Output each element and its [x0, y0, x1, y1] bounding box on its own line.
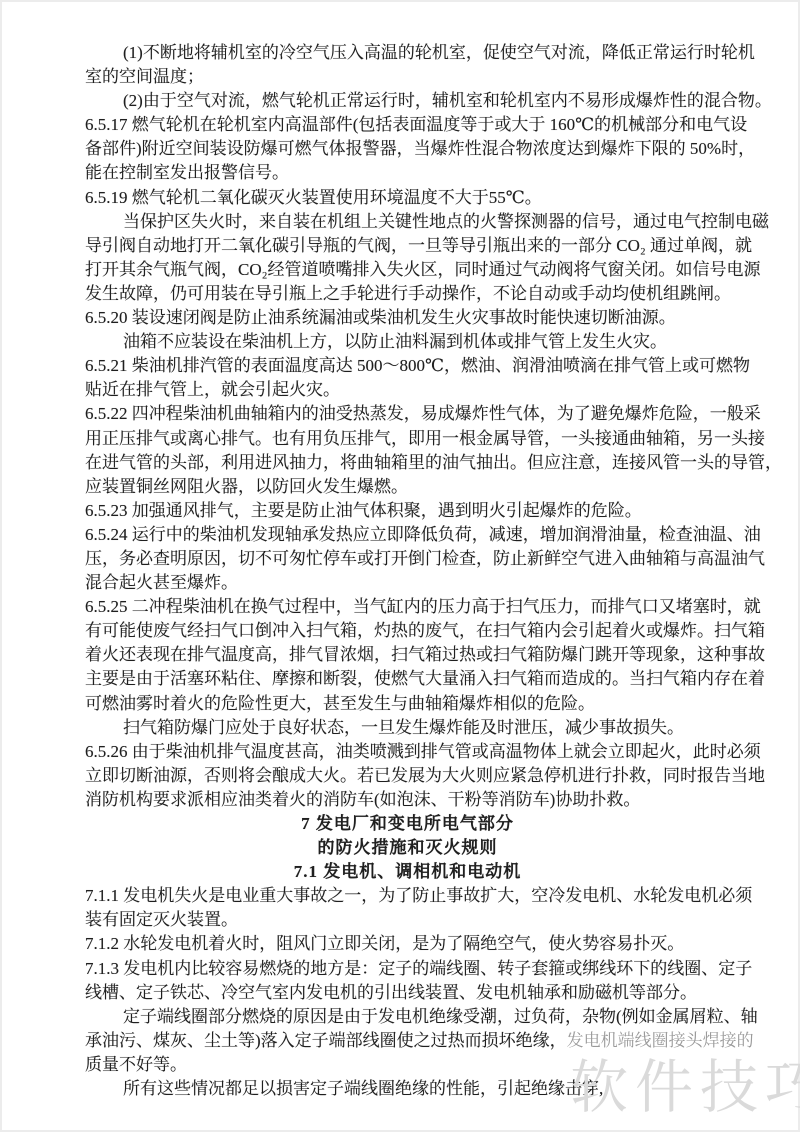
- text-line-main: 混合起火甚至爆炸。: [85, 573, 238, 592]
- text-line: 6.5.20 装设速闭阀是防止油系统漏油或柴油机发生火灾事故时能快速切断油源。: [85, 306, 730, 330]
- text-line-main: 6.5.24 运行中的柴油机发现轴承发热应立即降低负荷，减速，增加润滑油量，检查…: [85, 525, 761, 544]
- text-line: 6.5.24 运行中的柴油机发现轴承发热应立即降低负荷，减速，增加润滑油量，检查…: [85, 523, 730, 547]
- text-line-main: 当保护区失火时，来自装在机组上关键性地点的火警探测器的信号，通过电气控制电磁: [123, 212, 769, 231]
- text-line: 消防机构要求派相应油类着火的消防车(如泡沫、干粉等消防车)协助扑救。: [85, 788, 730, 812]
- text-line: 着火还表现在排气温度高，排气冒浓烟，扫气箱过热或扫气箱防爆门跳开等现象，这种事故: [85, 643, 730, 667]
- text-line: (1)不断地将辅机室的冷空气压入高温的轮机室，促使空气对流，降低正常运行时轮机: [85, 41, 730, 65]
- text-line-main: 6.5.20 装设速闭阀是防止油系统漏油或柴油机发生火灾事故时能快速切断油源。: [85, 308, 676, 327]
- text-line-main: 可燃油雾时着火的危险性更大，甚至发生与曲轴箱爆炸相似的危险。: [85, 694, 595, 713]
- text-line-main: 备部件)附近空间装设防爆可燃气体报警器，当爆炸性混合物浓度达到爆炸下限的 50%…: [85, 139, 755, 158]
- text-line-main: 有可能使废气经扫气口倒冲入扫气箱，灼热的废气，在扫气箱内会引起着火或爆炸。扫气箱: [85, 621, 765, 640]
- text-line-main: 能在控制室发出报警信号。: [85, 163, 289, 182]
- text-line: 6.5.25 二冲程柴油机在换气过程中，当气缸内的压力高于扫气压力，而排气口又堵…: [85, 595, 730, 619]
- text-line-main: 消防机构要求派相应油类着火的消防车(如泡沫、干粉等消防车)协助扑救。: [85, 790, 640, 809]
- text-line: 贴近在排气管上，就会引起火灾。: [85, 378, 730, 402]
- text-line: 油箱不应装设在柴油机上方，以防止油料漏到机体或排气管上发生火灾。: [85, 330, 730, 354]
- text-line: 当保护区失火时，来自装在机组上关键性地点的火警探测器的信号，通过电气控制电磁: [85, 210, 730, 234]
- text-line-main: 6.5.19 燃气轮机二氧化碳灭火装置使用环境温度不大于55℃。: [85, 188, 542, 207]
- text-line: 导引阀自动地打开二氧化碳引导瓶的气阀，一旦等导引瓶出来的一部分 CO₂ 通过单阀…: [85, 234, 730, 258]
- text-line-main: (1)不断地将辅机室的冷空气压入高温的轮机室，促使空气对流，降低正常运行时轮机: [123, 43, 755, 62]
- text-line: 7.1 发电机、调相机和电动机: [85, 860, 730, 884]
- text-line: (2)由于空气对流，燃气轮机正常运行时，辅机室和轮机室内不易形成爆炸性的混合物。: [85, 89, 730, 113]
- text-line: 7.1.1 发电机失火是电业重大事故之一，为了防止事故扩大，空冷发电机、水轮发电…: [85, 884, 730, 908]
- text-line-main: 6.5.22 四冲程柴油机曲轴箱内的油受热蒸发，易成爆炸性气体，为了避免爆炸危险…: [85, 404, 761, 423]
- text-line-main: 发生故障，仍可用装在导引瓶上之手轮进行手动操作，不论自动或手动均使机组跳闸。: [85, 284, 731, 303]
- text-line-main: 着火还表现在排气温度高，排气冒浓烟，扫气箱过热或扫气箱防爆门跳开等现象，这种事故: [85, 645, 765, 664]
- text-line-main: 线槽、定子铁芯、冷空气室内发电机的引出线装置、发电机轴承和励磁机等部分。: [85, 983, 697, 1002]
- text-line: 6.5.17 燃气轮机在轮机室内高温部件(包括表面温度等于或大于 160℃的机械…: [85, 113, 730, 137]
- text-line: 6.5.26 由于柴油机排气温度甚高，油类喷溅到排气管或高温物体上就会立即起火，…: [85, 740, 730, 764]
- text-line-main: 油箱不应装设在柴油机上方，以防止油料漏到机体或排气管上发生火灾。: [123, 332, 667, 351]
- text-line-main: 6.5.17 燃气轮机在轮机室内高温部件(包括表面温度等于或大于 160℃的机械…: [85, 115, 747, 134]
- text-line: 装有固定灭火装置。: [85, 908, 730, 932]
- text-line-main: 应装置铜丝网阻火器，以防回火发生爆燃。: [85, 477, 408, 496]
- text-line: 主要是由于活塞环粘住、摩擦和断裂，使燃气大量涌入扫气箱而造成的。当扫气箱内存在着: [85, 667, 730, 691]
- text-line-main: 的防火措施和灭火规则: [318, 838, 498, 857]
- text-line-main: 6.5.25 二冲程柴油机在换气过程中，当气缸内的压力高于扫气压力，而排气口又堵…: [85, 597, 761, 616]
- text-line: 6.5.19 燃气轮机二氧化碳灭火装置使用环境温度不大于55℃。: [85, 186, 730, 210]
- text-line: 定子端线圈部分燃烧的原因是由于发电机绝缘受潮，过负荷，杂物(例如金属屑粒、轴: [85, 1005, 730, 1029]
- text-line: 线槽、定子铁芯、冷空气室内发电机的引出线装置、发电机轴承和励磁机等部分。: [85, 981, 730, 1005]
- text-line: 7.1.3 发电机内比较容易燃烧的地方是：定子的端线圈、转子套箍或绑线环下的线圈…: [85, 957, 730, 981]
- text-line: 扫气箱防爆门应处于良好状态，一旦发生爆炸能及时泄压，减少事故损失。: [85, 716, 730, 740]
- text-line: 承油污、煤灰、尘土等)落入定子端部线圈使之过热而损坏绝缘，发电机端线圈接头焊接的: [85, 1029, 730, 1053]
- text-line: 发生故障，仍可用装在导引瓶上之手轮进行手动操作，不论自动或手动均使机组跳闸。: [85, 282, 730, 306]
- text-line-main: 贴近在排气管上，就会引起火灾。: [85, 380, 340, 399]
- text-line-main: 装有固定灭火装置。: [85, 910, 238, 929]
- text-line: 用正压排气或离心排气。也有用负压排气，即用一根金属导管，一头接通曲轴箱，另一头接: [85, 427, 730, 451]
- text-line: 6.5.21 柴油机排汽管的表面温度高达 500～800℃，燃油、润滑油喷滴在排…: [85, 354, 730, 378]
- text-line-main: 6.5.26 由于柴油机排气温度甚高，油类喷溅到排气管或高温物体上就会立即起火，…: [85, 742, 761, 761]
- text-line-main: 6.5.21 柴油机排汽管的表面温度高达 500～800℃，燃油、润滑油喷滴在排…: [85, 356, 750, 375]
- text-line: 质量不好等。: [85, 1053, 730, 1077]
- text-line: 压，务必查明原因，切不可匆忙停车或打开倒门检查，防止新鲜空气进入曲轴箱与高温油气: [85, 547, 730, 571]
- text-line-main: 7.1.1 发电机失火是电业重大事故之一，为了防止事故扩大，空冷发电机、水轮发电…: [85, 886, 752, 905]
- text-line: 可燃油雾时着火的危险性更大，甚至发生与曲轴箱爆炸相似的危险。: [85, 692, 730, 716]
- text-line: 能在控制室发出报警信号。: [85, 161, 730, 185]
- text-line-main: 承油污、煤灰、尘土等)落入定子端部线圈使之过热而损坏绝缘，: [85, 1031, 567, 1050]
- text-line-main: 室的空间温度；: [85, 67, 204, 86]
- text-line: 打开其余气瓶气阀，CO₂经管道喷嘴排入失火区，同时通过气动阀将气窗关闭。如信号电…: [85, 258, 730, 282]
- text-line: 立即切断油源，否则将会酿成大火。若已发展为大火则应紧急停机进行扑救，同时报告当地: [85, 764, 730, 788]
- text-line-main: 所有这些情况都足以损害定子端线圈绝缘的性能，引起绝缘击穿,: [123, 1079, 603, 1098]
- text-line: 应装置铜丝网阻火器，以防回火发生爆燃。: [85, 475, 730, 499]
- text-line: 混合起火甚至爆炸。: [85, 571, 730, 595]
- text-line-main: 立即切断油源，否则将会酿成大火。若已发展为大火则应紧急停机进行扑救，同时报告当地: [85, 766, 765, 785]
- text-line: 在进气管的头部，利用进风抽力，将曲轴箱里的油气抽出。但应注意，连接风管一头的导管…: [85, 451, 730, 475]
- text-line: 备部件)附近空间装设防爆可燃气体报警器，当爆炸性混合物浓度达到爆炸下限的 50%…: [85, 137, 730, 161]
- text-line: 的防火措施和灭火规则: [85, 836, 730, 860]
- text-line-main: 7.1 发电机、调相机和电动机: [294, 862, 522, 881]
- text-line-main: 7.1.3 发电机内比较容易燃烧的地方是：定子的端线圈、转子套箍或绑线环下的线圈…: [85, 959, 752, 978]
- text-line-main: 导引阀自动地打开二氧化碳引导瓶的气阀，一旦等导引瓶出来的一部分 CO₂ 通过单阀…: [85, 236, 752, 255]
- text-line: 所有这些情况都足以损害定子端线圈绝缘的性能，引起绝缘击穿,: [85, 1077, 730, 1101]
- text-line: 有可能使废气经扫气口倒冲入扫气箱，灼热的废气，在扫气箱内会引起着火或爆炸。扫气箱: [85, 619, 730, 643]
- text-line: 7.1.2 水轮发电机着火时，阻风门立即关闭，是为了隔绝空气，使火势容易扑灭。: [85, 932, 730, 956]
- text-line-main: 定子端线圈部分燃烧的原因是由于发电机绝缘受潮，过负荷，杂物(例如金属屑粒、轴: [123, 1007, 758, 1026]
- text-line-main: 7 发电厂和变电所电气部分: [301, 814, 514, 833]
- text-line-faded-segment: 发电机端线圈接头焊接的: [567, 1031, 754, 1050]
- text-line: 6.5.23 加强通风排气，主要是防止油气体积聚，遇到明火引起爆炸的危险。: [85, 499, 730, 523]
- text-line-main: (2)由于空气对流，燃气轮机正常运行时，辅机室和轮机室内不易形成爆炸性的混合物。: [123, 91, 772, 110]
- text-line-main: 压，务必查明原因，切不可匆忙停车或打开倒门检查，防止新鲜空气进入曲轴箱与高温油气: [85, 549, 765, 568]
- text-line-main: 6.5.23 加强通风排气，主要是防止油气体积聚，遇到明火引起爆炸的危险。: [85, 501, 642, 520]
- text-line: 室的空间温度；: [85, 65, 730, 89]
- text-line-main: 用正压排气或离心排气。也有用负压排气，即用一根金属导管，一头接通曲轴箱，另一头接: [85, 429, 765, 448]
- text-line-main: 打开其余气瓶气阀，CO₂经管道喷嘴排入失火区，同时通过气动阀将气窗关闭。如信号电…: [85, 260, 761, 279]
- text-line: 7 发电厂和变电所电气部分: [85, 812, 730, 836]
- scanned-document-page: (1)不断地将辅机室的冷空气压入高温的轮机室，促使空气对流，降低正常运行时轮机室…: [0, 0, 800, 1132]
- text-line-main: 质量不好等。: [85, 1055, 187, 1074]
- text-line-main: 扫气箱防爆门应处于良好状态，一旦发生爆炸能及时泄压，减少事故损失。: [123, 718, 684, 737]
- text-line: 6.5.22 四冲程柴油机曲轴箱内的油受热蒸发，易成爆炸性气体，为了避免爆炸危险…: [85, 402, 730, 426]
- text-line-main: 在进气管的头部，利用进风抽力，将曲轴箱里的油气抽出。但应注意，连接风管一头的导管…: [85, 453, 782, 472]
- text-line-main: 7.1.2 水轮发电机着火时，阻风门立即关闭，是为了隔绝空气，使火势容易扑灭。: [85, 934, 684, 953]
- text-line-main: 主要是由于活塞环粘住、摩擦和断裂，使燃气大量涌入扫气箱而造成的。当扫气箱内存在着: [85, 669, 765, 688]
- document-text-column: (1)不断地将辅机室的冷空气压入高温的轮机室，促使空气对流，降低正常运行时轮机室…: [85, 41, 730, 1101]
